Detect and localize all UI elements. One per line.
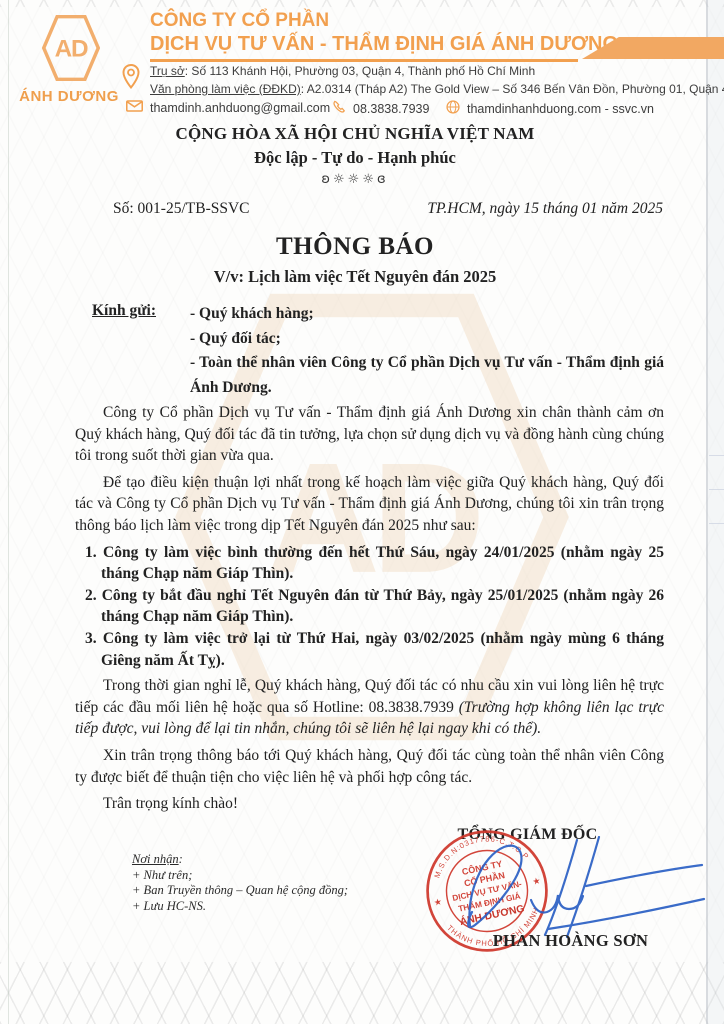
logo-letters: AD <box>55 36 88 63</box>
envelope-icon <box>126 100 143 115</box>
schedule-item-number: 3. <box>85 630 97 647</box>
doc-meta-row: Số: 001-25/TB-SSVC TP.HCM, ngày 15 tháng… <box>113 200 663 218</box>
doc-title: THÔNG BÁO <box>30 233 680 261</box>
schedule-item-text: Công ty làm việc bình thường đến hết Thứ… <box>101 544 664 583</box>
scan-rule-line <box>709 455 724 456</box>
scan-rule-line <box>709 489 724 490</box>
schedule-item-text: Công ty làm việc trở lại từ Thứ Hai, ngà… <box>101 630 664 669</box>
recipients-block: Kính gửi: - Quý khách hàng; - Quý đối tá… <box>92 302 664 400</box>
header-underline <box>150 59 578 62</box>
address-hq-text: : Số 113 Khánh Hội, Phường 03, Quận 4, T… <box>185 64 535 78</box>
distribution-label: Nơi nhận <box>132 852 179 866</box>
ornament-divider: ʚ☼☼☼ɞ <box>30 172 680 187</box>
national-heading: CỘNG HÒA XÃ HỘI CHỦ NGHĨA VIỆT NAM Độc l… <box>30 124 680 187</box>
scan-margin-right <box>708 0 724 1024</box>
doc-place-date: TP.HCM, ngày 15 tháng 01 năm 2025 <box>427 200 663 218</box>
recipient-item: - Quý đối tác; <box>190 327 664 352</box>
distribution-item: + Như trên; <box>132 868 348 884</box>
scan-texture-top <box>0 0 724 7</box>
contact-website-group: thamdinhanhduong.com - ssvc.vn <box>446 100 654 117</box>
recipients-colon: : <box>151 302 156 319</box>
schedule-item: 3. Công ty làm việc trở lại từ Thứ Hai, … <box>75 628 664 671</box>
doc-body: Công ty Cổ phần Dịch vụ Tư vấn - Thẩm đị… <box>75 402 664 815</box>
contact-email-group: thamdinh.anhduong@gmail.com <box>126 100 330 115</box>
signer-name: PHAN HOÀNG SƠN <box>468 931 673 951</box>
recipients-label: Kính gửi <box>92 302 151 319</box>
schedule-item-number: 1. <box>85 544 97 561</box>
scan-edge-left <box>8 0 9 1024</box>
doc-number: Số: 001-25/TB-SSVC <box>113 200 250 218</box>
schedule-item: 2. Công ty bắt đầu nghỉ Tết Nguyên đán t… <box>75 585 664 628</box>
address-office: Văn phòng làm việc (ĐĐKD): A2.0314 (Tháp… <box>150 82 724 96</box>
logo-caption: ÁNH DƯƠNG <box>14 88 124 105</box>
location-pin-icon <box>122 63 140 96</box>
globe-icon <box>446 100 460 117</box>
recipients-list: - Quý khách hàng; - Quý đối tác; - Toàn … <box>190 302 664 400</box>
paragraph-intro-schedule: Để tạo điều kiện thuận lợi nhất trong kế… <box>75 472 664 537</box>
distribution-item: + Ban Truyền thông – Quan hệ cộng đồng; <box>132 883 348 899</box>
schedule-item-text: Công ty bắt đầu nghỉ Tết Nguyên đán từ T… <box>101 587 664 626</box>
address-office-text: : A2.0314 (Tháp A2) The Gold View – Số 3… <box>301 82 724 96</box>
address-office-label: Văn phòng làm việc (ĐĐKD) <box>150 82 301 96</box>
contact-phone-group: 08.3838.7939 <box>332 100 429 117</box>
company-logo: AD <box>42 12 100 89</box>
distribution-block: Nơi nhận: + Như trên; + Ban Truyền thông… <box>132 852 348 914</box>
distribution-item: + Lưu HC-NS. <box>132 899 348 915</box>
recipient-item: - Quý khách hàng; <box>190 302 664 327</box>
address-hq: Trụ sở: Số 113 Khánh Hội, Phường 03, Quậ… <box>150 64 535 78</box>
schedule-list: 1. Công ty làm việc bình thường đến hết … <box>75 542 664 672</box>
scan-texture-bottom <box>0 962 724 1024</box>
phone-icon <box>332 100 346 117</box>
paragraph-thanks: Công ty Cổ phần Dịch vụ Tư vấn - Thẩm đị… <box>75 402 664 467</box>
company-name-line2: DỊCH VỤ TƯ VẤN - THẨM ĐỊNH GIÁ ÁNH DƯƠNG <box>150 33 618 56</box>
distribution-colon: : <box>179 852 183 866</box>
national-line2: Độc lập - Tự do - Hạnh phúc <box>30 148 680 168</box>
schedule-item: 1. Công ty làm việc bình thường đến hết … <box>75 542 664 585</box>
contact-email: thamdinh.anhduong@gmail.com <box>150 101 330 115</box>
closing-line: Trân trọng kính chào! <box>75 793 664 815</box>
schedule-item-number: 2. <box>85 587 97 604</box>
address-hq-label: Trụ sở <box>150 64 185 78</box>
paragraph-notice: Xin trân trọng thông báo tới Quý khách h… <box>75 745 664 788</box>
contact-phone: 08.3838.7939 <box>353 102 429 116</box>
company-name-line1: CÔNG TY CỔ PHẦN <box>150 10 329 32</box>
recipient-item: - Toàn thể nhân viên Công ty Cổ phần Dịc… <box>190 351 664 400</box>
contact-website: thamdinhanhduong.com - ssvc.vn <box>467 102 654 116</box>
recipients-label-wrap: Kính gửi: <box>92 302 190 400</box>
paragraph-hotline: Trong thời gian nghỉ lễ, Quý khách hàng,… <box>75 675 664 740</box>
scan-rule-line <box>709 523 724 524</box>
doc-subtitle: V/v: Lịch làm việc Tết Nguyên đán 2025 <box>30 267 680 287</box>
scanned-announcement-page: AD AD ÁNH DƯƠNG CÔNG TY CỔ PHẦN DỊCH VỤ … <box>0 0 724 1024</box>
distribution-label-wrap: Nơi nhận: <box>132 852 348 868</box>
national-line1: CỘNG HÒA XÃ HỘI CHỦ NGHĨA VIỆT NAM <box>30 124 680 144</box>
